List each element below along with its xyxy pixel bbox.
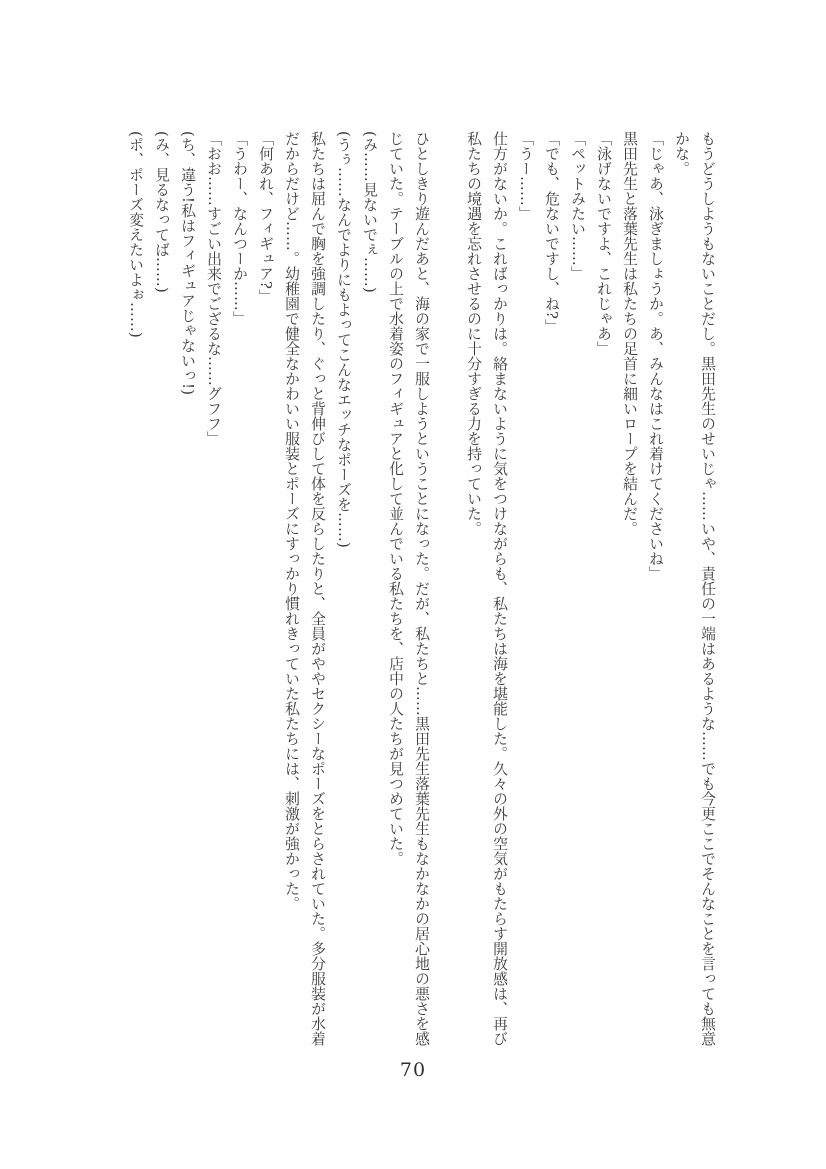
dialogue-uwa-reaction: 「うわー、なんつーか……」 <box>226 131 252 1049</box>
paragraph-narration-sexy-poses: 私たちは屈んで胸を強調したり、ぐっと背伸びして体を反らしたりと、全員がややセクシ… <box>278 131 330 1049</box>
dialogue-groan: 「うー……」 <box>512 131 538 1049</box>
book-page: もうどうしようもないことだし。黒田先生のせいじゃ……いや、責任の一端はあるような… <box>0 0 826 1169</box>
dialogue-swim-invitation: 「じゃあ、泳ぎましょうか。あ、みんなはこれ着けてくださいね」 <box>642 131 668 1049</box>
dialogue-whats-that-figure: 「何あれ、フィギュア?」 <box>252 131 278 1049</box>
thought-im-not-a-figure: (ち、違う!私はフィギュアじゃないっ!) <box>174 131 200 1049</box>
dialogue-great-craftsmanship: 「おお……すごい出来でござるな……グフフ」 <box>200 131 226 1049</box>
thought-want-to-change-pose: (ポ、ポーズ変えたいよぉ……) <box>122 131 148 1049</box>
paragraph-narration-beach-enjoyment: 仕方がないか。こればっかりは。絡まないように気をつけながらも、私たちは海を堪能し… <box>460 131 512 1049</box>
thought-why-this-pose: (うぅ……なんでよりにもよってこんなエッチなポーズを……) <box>330 131 356 1049</box>
paragraph-narration-rope: 黒田先生と落葉先生は私たちの足首に細いロープを結んだ。 <box>616 131 642 1049</box>
thought-stop-staring: (み、見るなってば……) <box>148 131 174 1049</box>
paragraph-narration-beach-house: ひとしきり遊んだあと、海の家で一服しようということになった。だが、私たちと……黒… <box>382 131 434 1049</box>
text-section-2: ひとしきり遊んだあと、海の家で一服しようということになった。だが、私たちと……黒… <box>122 131 434 1049</box>
text-body: もうどうしようもないことだし。黒田先生のせいじゃ……いや、責任の一端はあるような… <box>122 131 720 1049</box>
dialogue-like-pets: 「ペットみたい……」 <box>564 131 590 1049</box>
text-section-1: もうどうしようもないことだし。黒田先生のせいじゃ……いや、責任の一端はあるような… <box>460 131 720 1049</box>
dialogue-cant-swim: 「泳げないですよ、これじゃあ」 <box>590 131 616 1049</box>
thought-dont-look: (み……見ないでぇ……) <box>356 131 382 1049</box>
dialogue-but-dangerous: 「でも、危ないですし、ね?」 <box>538 131 564 1049</box>
paragraph-narration-resignation: もうどうしようもないことだし。黒田先生のせいじゃ……いや、責任の一端はあるような… <box>668 131 720 1049</box>
page-number: 70 <box>0 1059 826 1081</box>
